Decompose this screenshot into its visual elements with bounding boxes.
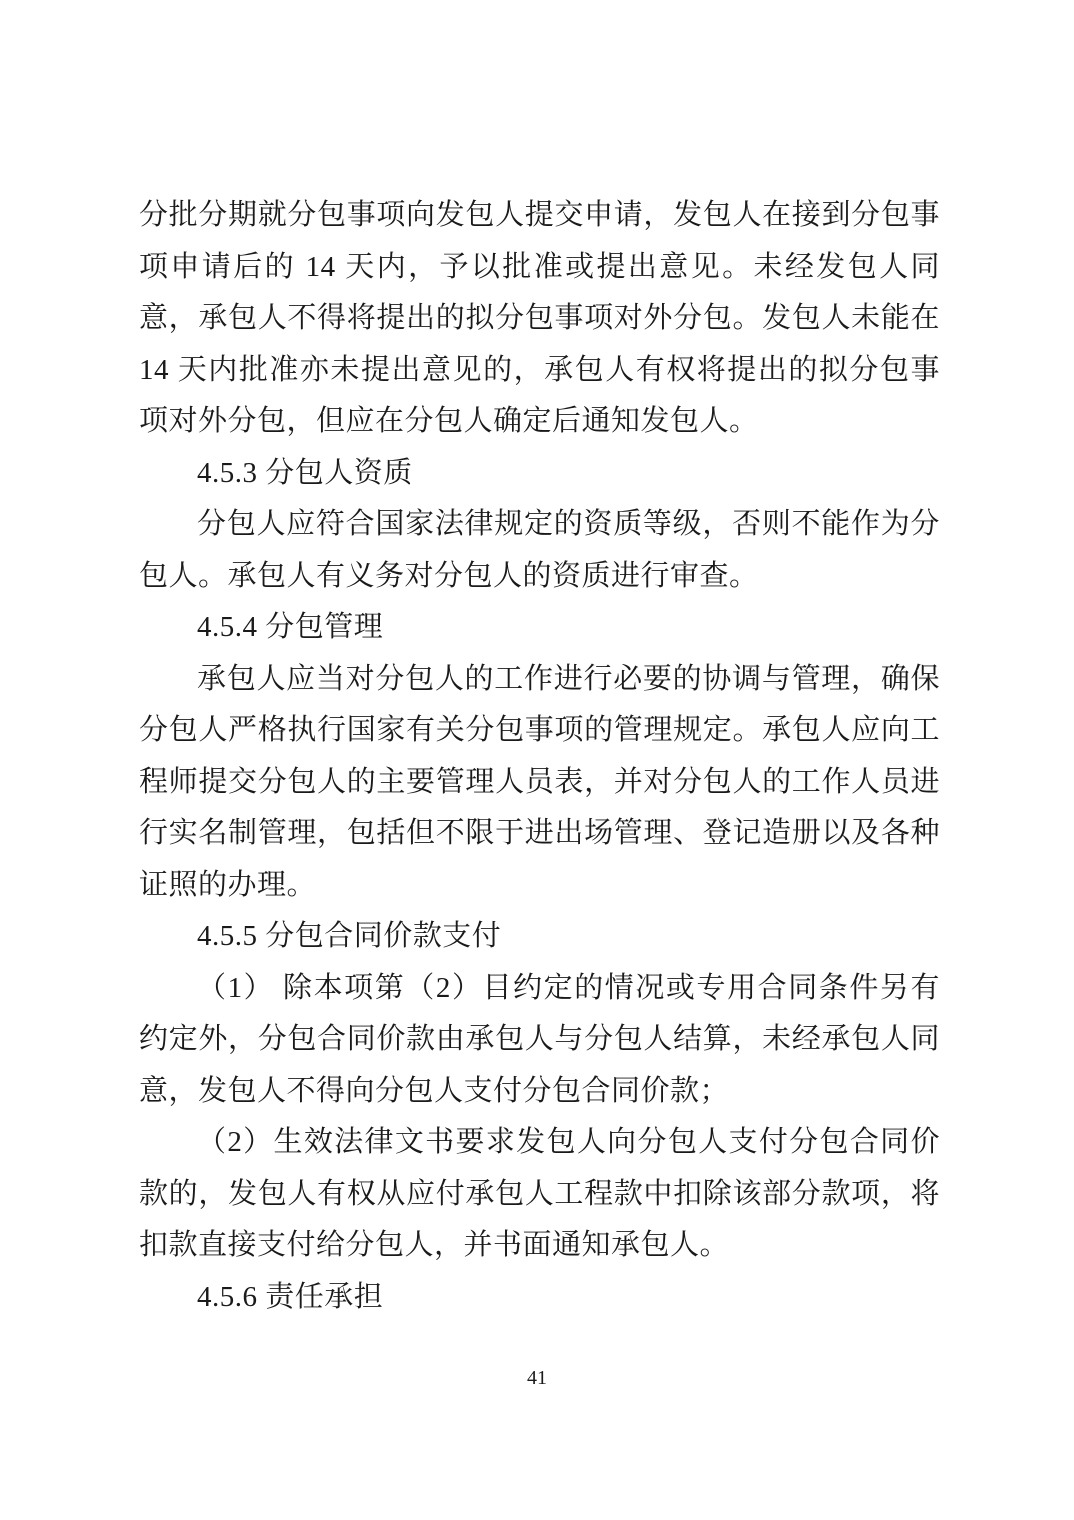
heading-4-5-4: 4.5.4 分包管理 bbox=[139, 602, 940, 654]
paragraph-continuation: 分批分期就分包事项向发包人提交申请，发包人在接到分包事项申请后的 14 天内，予… bbox=[139, 190, 940, 448]
paragraph-payment-item-1: （1） 除本项第（2）目约定的情况或专用合同条件另有约定外，分包合同价款由承包人… bbox=[139, 963, 940, 1118]
paragraph-subcontract-management: 承包人应当对分包人的工作进行必要的协调与管理，确保分包人严格执行国家有关分包事项… bbox=[139, 654, 940, 912]
heading-4-5-6: 4.5.6 责任承担 bbox=[139, 1272, 940, 1324]
document-body: 分批分期就分包事项向发包人提交申请，发包人在接到分包事项申请后的 14 天内，予… bbox=[139, 190, 940, 1323]
paragraph-subcontractor-qualification: 分包人应符合国家法律规定的资质等级，否则不能作为分包人。承包人有义务对分包人的资… bbox=[139, 499, 940, 602]
page-number: 41 bbox=[0, 1364, 1074, 1392]
heading-4-5-5: 4.5.5 分包合同价款支付 bbox=[139, 911, 940, 963]
paragraph-payment-item-2: （2）生效法律文书要求发包人向分包人支付分包合同价款的，发包人有权从应付承包人工… bbox=[139, 1117, 940, 1272]
heading-4-5-3: 4.5.3 分包人资质 bbox=[139, 448, 940, 500]
document-page: 分批分期就分包事项向发包人提交申请，发包人在接到分包事项申请后的 14 天内，予… bbox=[0, 0, 1074, 1520]
